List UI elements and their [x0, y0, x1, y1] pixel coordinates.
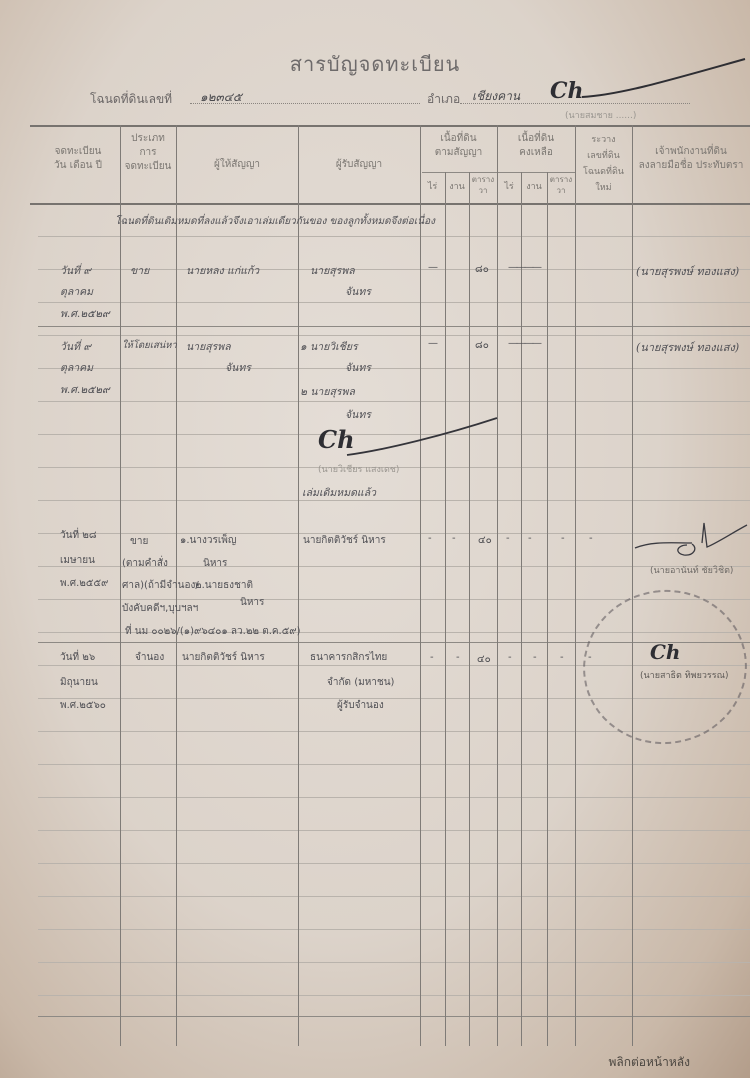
ruled-line [38, 236, 750, 237]
col-header-grantee: ผู้รับสัญญา [298, 158, 420, 172]
official-stamp [573, 579, 750, 754]
header-signature-caption: (นายสมชาย ......) [565, 108, 636, 122]
mid-signature-note: เล่มเดิมหมดแล้ว [302, 484, 376, 501]
col-header-area-contract: เนื้อที่ดิน ตามสัญญา [420, 132, 497, 160]
unit-ngan-remaining: งาน [521, 180, 547, 194]
column-divider [445, 172, 446, 1046]
ruled-line [38, 929, 750, 930]
district-label: อำเภอ [427, 90, 460, 109]
column-divider [298, 125, 299, 1046]
unit-ngan: งาน [445, 180, 469, 194]
header-signature-stroke [580, 55, 750, 105]
ruled-line [38, 797, 750, 798]
deed-number-label: โฉนดที่ดินเลขที่ [90, 90, 172, 109]
unit-wa-remaining: ตาราง วา [547, 174, 575, 196]
mid-signature-caption: (นายวิเชียร แสงเดช) [318, 462, 399, 476]
officer-signature-caption: (นายอานันท์ ชัยวิชิต) [650, 563, 733, 577]
ruled-line [38, 995, 750, 996]
unit-wa: ตาราง วา [469, 174, 497, 196]
column-divider [521, 172, 522, 1046]
table-header-bottom-border [30, 203, 750, 205]
table-top-border [30, 125, 750, 127]
col-header-area-remaining: เนื้อที่ดิน คงเหลือ [497, 132, 575, 160]
ruled-line [38, 500, 750, 501]
ruled-line [38, 335, 750, 336]
footer-continue-note: พลิกต่อหน้าหลัง [608, 1053, 690, 1072]
table-bottom-border [38, 1016, 750, 1017]
note-row: โฉนดที่ดินเดิมหมดที่ลงแล้วจึงเอาเล่มเดีย… [115, 214, 435, 229]
col-header-grantor: ผู้ให้สัญญา [176, 158, 298, 172]
column-divider [420, 125, 421, 1046]
ruled-line [38, 368, 750, 369]
unit-rai-remaining: ไร่ [497, 180, 521, 194]
ruled-line [38, 830, 750, 831]
column-divider [632, 125, 633, 1046]
column-divider [575, 125, 576, 1046]
deed-number-value: ๑๒๓๔๕ [200, 88, 242, 107]
ruled-line [38, 764, 750, 765]
mid-signature-stroke [345, 415, 500, 460]
ruled-line [38, 896, 750, 897]
header-signature: Ch [550, 78, 584, 104]
col-header-date: จดทะเบียน วัน เดือน ปี [38, 145, 118, 173]
column-divider [497, 125, 498, 1046]
ruled-line [38, 302, 750, 303]
district-value: เชียงคาน [472, 87, 520, 106]
ruled-line [38, 863, 750, 864]
ruled-line [38, 962, 750, 963]
entry-separator [38, 326, 750, 327]
column-divider [120, 125, 121, 1046]
col-header-officer: เจ้าพนักงานที่ดิน ลงลายมือชื่อ ประทับตรา [632, 145, 750, 173]
officer-signature [632, 515, 750, 560]
column-divider [469, 172, 470, 1046]
ruled-line [38, 401, 750, 402]
col-header-new-deed: ระวาง เลขที่ดิน โฉนดที่ดิน ใหม่ [575, 132, 632, 196]
col-header-type: ประเภท การ จดทะเบียน [120, 132, 176, 174]
column-divider [547, 172, 548, 1046]
unit-rai: ไร่ [420, 180, 445, 194]
